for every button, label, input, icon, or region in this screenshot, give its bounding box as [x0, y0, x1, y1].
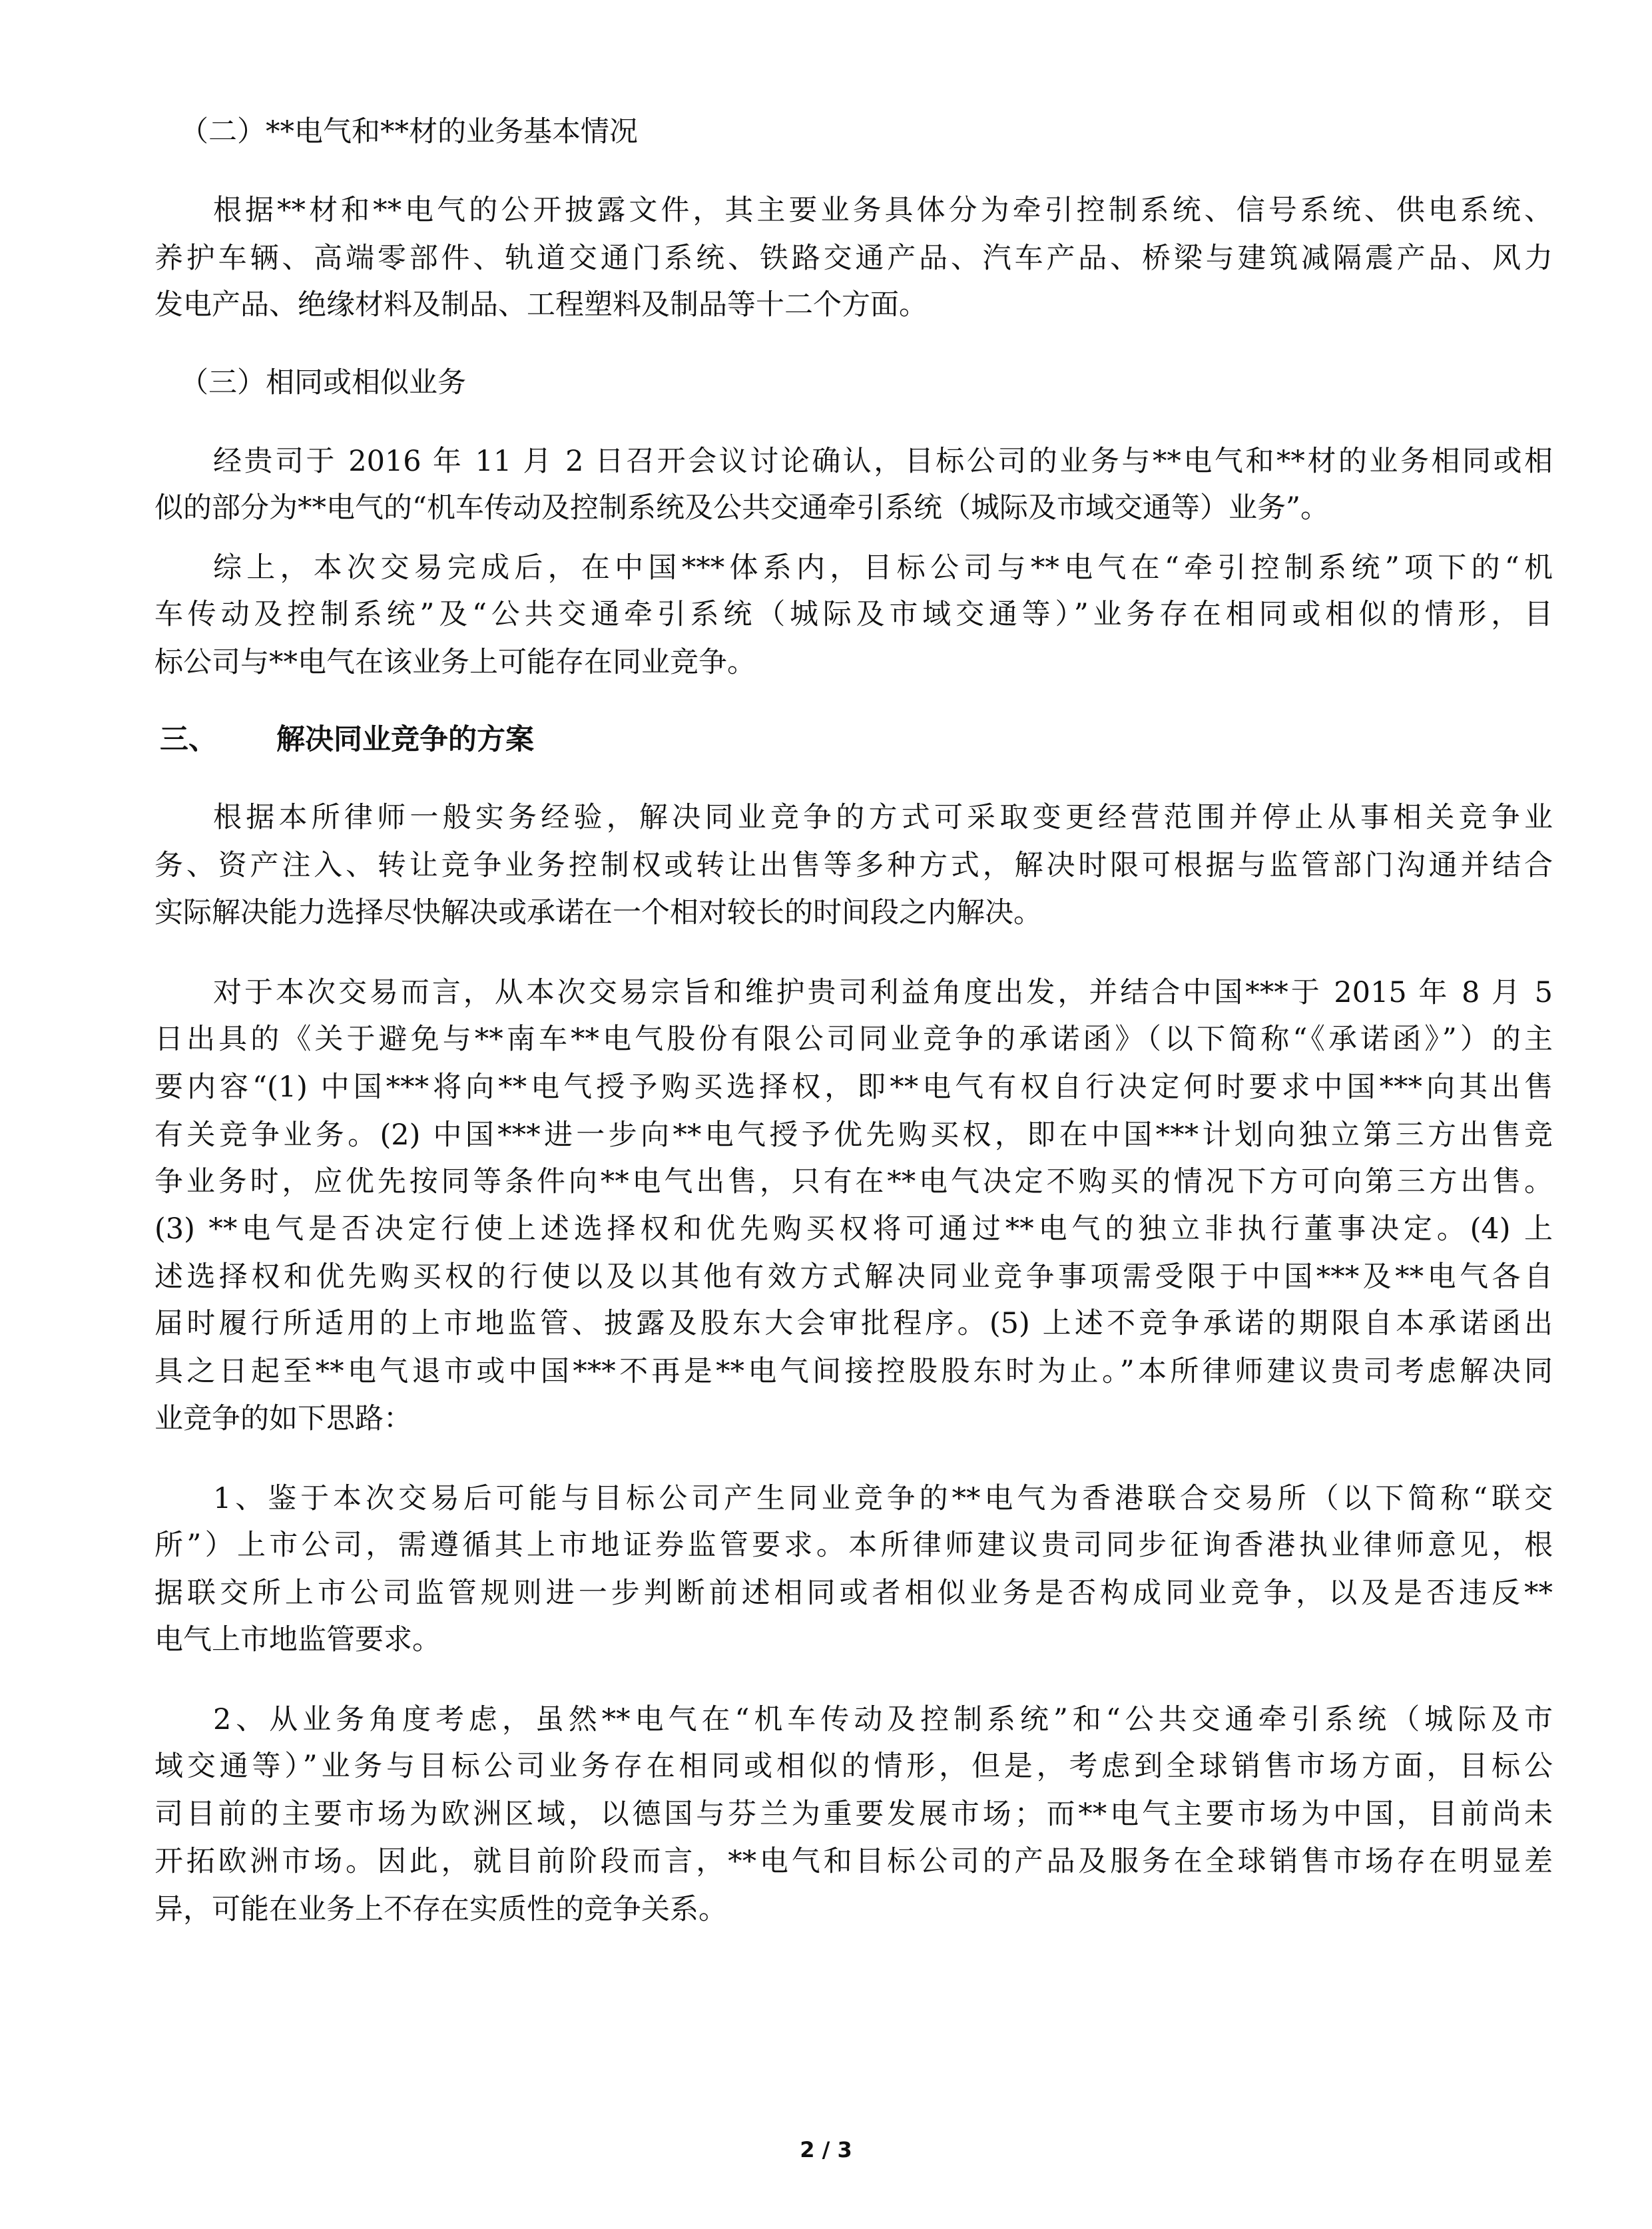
paragraph-line: 务、资产注入、转让竞争业务控制权或转让出售等多种方式，解决时限可根据与监管部门沟…: [154, 848, 1553, 883]
page-number: 2 / 3: [0, 2137, 1652, 2162]
paragraph-line: 异，可能在业务上不存在实质性的竞争关系。: [154, 1892, 1553, 1927]
paragraph-line: 标公司与**电气在该业务上可能存在同业竞争。: [154, 645, 1553, 680]
paragraph-line: 1、鉴于本次交易后可能与目标公司产生同业竞争的**电气为香港联合交易所（以下简称…: [213, 1481, 1553, 1516]
section-title: 解决同业竞争的方案: [276, 723, 534, 756]
paragraph-line: 域交通等）”业务与目标公司业务存在相同或相似的情形，但是，考虑到全球销售市场方面…: [154, 1749, 1553, 1784]
paragraph-line: 2、从业务角度考虑，虽然**电气在“机车传动及控制系统”和“公共交通牵引系统（城…: [213, 1702, 1553, 1737]
section-number: 三、: [160, 722, 276, 757]
paragraph-line: 经贵司于 2016 年 11 月 2 日召开会议讨论确认，目标公司的业务与**电…: [213, 444, 1553, 479]
paragraph-line: 综上，本次交易完成后，在中国***体系内，目标公司与**电气在“牵引控制系统”项…: [213, 551, 1553, 585]
paragraph-line: (3) **电气是否决定行使上述选择权和优先购买权将可通过**电气的独立非执行董…: [154, 1212, 1553, 1246]
paragraph-line: 述选择权和优先购买权的行使以及以其他有效方式解决同业竞争事项需受限于中国***及…: [154, 1260, 1553, 1294]
paragraph-line: 开拓欧洲市场。因此，就目前阶段而言，**电气和目标公司的产品及服务在全球销售市场…: [154, 1844, 1553, 1879]
paragraph-line: 似的部分为**电气的“机车传动及控制系统及公共交通牵引系统（城际及市域交通等）业…: [154, 491, 1553, 525]
paragraph-line: 养护车辆、高端零部件、轨道交通门系统、铁路交通产品、汽车产品、桥梁与建筑减隔震产…: [154, 241, 1553, 276]
paragraph-line: 据联交所上市公司监管规则进一步判断前述相同或者相似业务是否构成同业竞争，以及是否…: [154, 1576, 1553, 1610]
paragraph-line: 发电产品、绝缘材料及制品、工程塑料及制品等十二个方面。: [154, 288, 1553, 322]
paragraph-line: 根据**材和**电气的公开披露文件，其主要业务具体分为牵引控制系统、信号系统、供…: [213, 193, 1553, 228]
paragraph-line: 日出具的《关于避免与**南车**电气股份有限公司同业竞争的承诺函》（以下简称“《…: [154, 1022, 1553, 1057]
paragraph-line: 争业务时，应优先按同等条件向**电气出售，只有在**电气决定不购买的情况下方可向…: [154, 1164, 1553, 1199]
paragraph-line: 所”）上市公司，需遵循其上市地证券监管要求。本所律师建议贵司同步征询香港执业律师…: [154, 1528, 1553, 1563]
paragraph-line: 实际解决能力选择尽快解决或承诺在一个相对较长的时间段之内解决。: [154, 895, 1553, 930]
paragraph-line: 业竞争的如下思路：: [154, 1401, 1553, 1436]
paragraph-line: 具之日起至**电气退市或中国***不再是**电气间接控股股东时为止。”本所律师建…: [154, 1354, 1553, 1389]
paragraph-line: 电气上市地监管要求。: [154, 1622, 1553, 1657]
paragraph-line: 要内容“(1) 中国***将向**电气授予购买选择权，即**电气有权自行决定何时…: [154, 1070, 1553, 1105]
paragraph-line: 司目前的主要市场为欧洲区域，以德国与芬兰为重要发展市场；而**电气主要市场为中国…: [154, 1797, 1553, 1832]
subsection-heading-2: （二）**电气和**材的业务基本情况: [180, 115, 638, 149]
paragraph-line: 车传动及控制系统”及“公共交通牵引系统（城际及市域交通等）”业务存在相同或相似的…: [154, 597, 1553, 632]
section-heading-3: 三、解决同业竞争的方案: [160, 722, 534, 757]
paragraph-line: 对于本次交易而言，从本次交易宗旨和维护贵司利益角度出发，并结合中国***于 20…: [213, 975, 1553, 1010]
paragraph-line: 根据本所律师一般实务经验，解决同业竞争的方式可采取变更经营范围并停止从事相关竞争…: [213, 800, 1553, 835]
subsection-heading-3: （三）相同或相似业务: [180, 366, 466, 400]
paragraph-line: 有关竞争业务。(2) 中国***进一步向**电气授予优先购买权，即在中国***计…: [154, 1118, 1553, 1152]
document-page: （二）**电气和**材的业务基本情况 根据**材和**电气的公开披露文件，其主要…: [0, 0, 1652, 2229]
paragraph-line: 届时履行所适用的上市地监管、披露及股东大会审批程序。(5) 上述不竞争承诺的期限…: [154, 1306, 1553, 1341]
